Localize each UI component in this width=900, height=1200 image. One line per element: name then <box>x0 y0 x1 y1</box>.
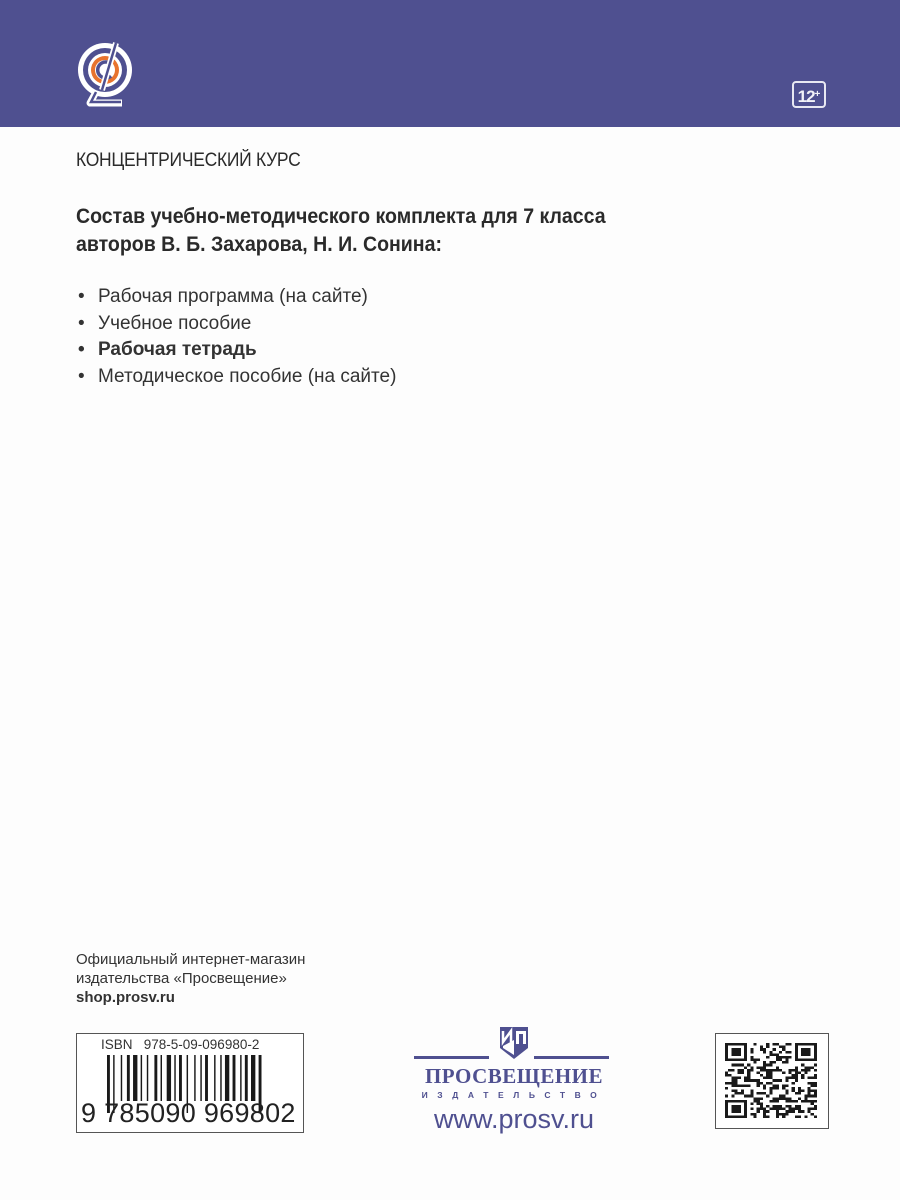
publisher-logo-block: ПРОСВЕЩЕНИЕ ИЗДАТЕЛЬСТВО www.prosv.ru <box>412 1024 612 1144</box>
course-title: КОНЦЕНТРИЧЕСКИЙ КУРС <box>76 150 300 172</box>
header-band: 12+ <box>0 0 900 127</box>
isbn-barcode-box: ISBN 978-5-09-096980-2 9 785090 969802 <box>76 1033 304 1133</box>
prosveshchenie-logo-icon <box>499 1026 529 1060</box>
shop-line-1: Официальный интернет-магазин <box>76 950 305 969</box>
publisher-name: ПРОСВЕЩЕНИЕ <box>414 1064 614 1089</box>
qr-code-icon[interactable] <box>725 1043 817 1118</box>
kit-item-highlighted: Рабочая тетрадь <box>78 337 396 364</box>
shop-line-2: издательства «Просвещение» <box>76 969 305 988</box>
isbn-label: ISBN 978-5-09-096980-2 <box>101 1037 259 1052</box>
divider-line <box>414 1056 489 1059</box>
kit-title-line-1: Состав учебно-методического комплекта дл… <box>76 203 783 231</box>
globe-c-logo-icon <box>74 40 136 112</box>
kit-title-line-2: авторов В. Б. Захарова, Н. И. Сонина: <box>76 231 783 259</box>
shop-info: Официальный интернет-магазин издательств… <box>76 950 305 1007</box>
divider-line <box>534 1056 609 1059</box>
kit-item: Учебное пособие <box>78 311 396 338</box>
qr-code-box[interactable] <box>715 1033 829 1129</box>
age-rating-suffix: + <box>815 89 821 100</box>
shop-url-link[interactable]: shop.prosv.ru <box>76 988 305 1007</box>
publisher-url-link[interactable]: www.prosv.ru <box>414 1104 614 1135</box>
kit-title: Состав учебно-методического комплекта дл… <box>76 203 783 259</box>
barcode-digits: 9 785090 969802 <box>81 1098 296 1129</box>
kit-item: Рабочая программа (на сайте) <box>78 284 396 311</box>
kit-item: Методическое пособие (на сайте) <box>78 364 396 391</box>
publisher-subtitle: ИЗДАТЕЛЬСТВО <box>414 1090 614 1100</box>
age-rating-value: 12 <box>798 87 815 106</box>
age-rating-badge: 12+ <box>792 81 826 108</box>
kit-items-list: Рабочая программа (на сайте) Учебное пос… <box>78 284 396 390</box>
